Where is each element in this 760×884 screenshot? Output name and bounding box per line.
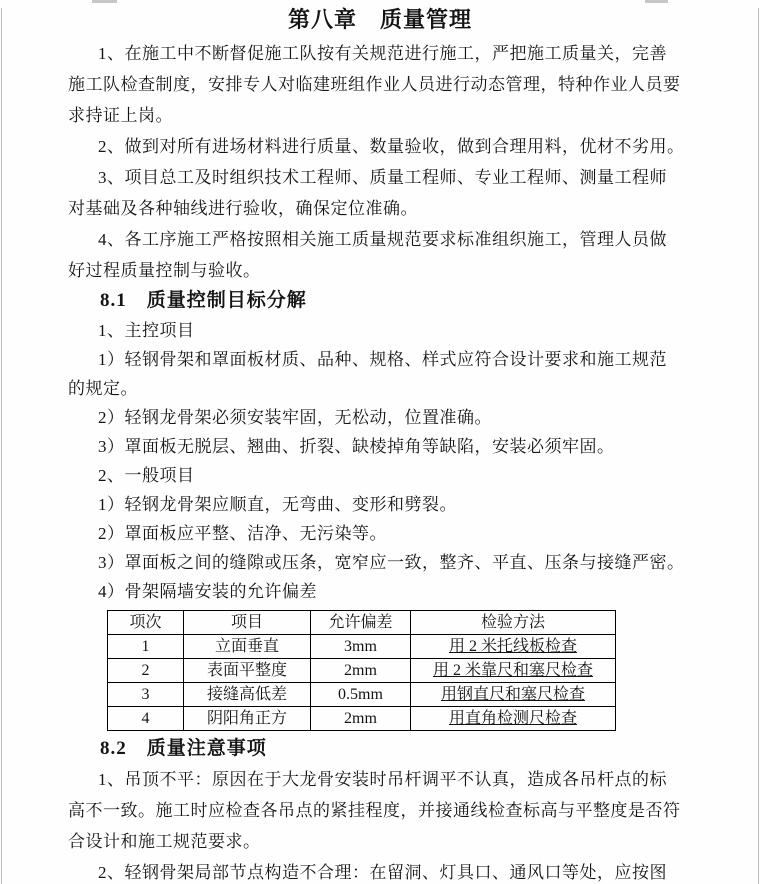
table-cell: 立面垂直 bbox=[184, 635, 311, 659]
paragraph-line: 合设计和施工规范要求。 bbox=[68, 826, 692, 857]
table-cell: 2mm bbox=[311, 707, 411, 731]
page-edge-right bbox=[758, 8, 759, 884]
paragraph-line: 3、项目总工及时组织技术工程师、质量工程师、专业工程师、测量工程师 bbox=[68, 162, 692, 193]
document-page: 第八章 质量管理 1、在施工中不断督促施工队按有关规范进行施工，严把施工质量关，… bbox=[0, 0, 760, 884]
section-heading-8-2: 8.2 质量注意事项 bbox=[68, 734, 692, 764]
table-row: 1 立面垂直 3mm 用 2 米托线板检查 bbox=[108, 635, 616, 659]
list-item-line: 2）罩面板应平整、洁净、无污染等。 bbox=[68, 519, 692, 548]
list-item-line: 2、一般项目 bbox=[68, 461, 692, 490]
table-header-cell: 项次 bbox=[108, 611, 184, 635]
table-row: 3 接缝高低差 0.5mm 用钢直尺和塞尺检查 bbox=[108, 683, 616, 707]
paragraph-line: 1、在施工中不断督促施工队按有关规范进行施工，严把施工质量关，完善 bbox=[68, 38, 692, 69]
paragraph-line: 1、吊顶不平：原因在于大龙骨安装时吊杆调平不认真，造成各吊杆点的标 bbox=[68, 764, 692, 795]
tolerance-table: 项次 项目 允许偏差 检验方法 1 立面垂直 3mm 用 2 米托线板检查 2 … bbox=[107, 610, 616, 731]
scan-artifact bbox=[92, 0, 117, 3]
section-8-2: 8.2 质量注意事项 1、吊顶不平：原因在于大龙骨安装时吊杆调平不认真，造成各吊… bbox=[68, 734, 692, 884]
table-cell: 3 bbox=[108, 683, 184, 707]
scan-artifact bbox=[645, 0, 668, 3]
page-edge-left bbox=[1, 8, 2, 884]
intro-paragraph-1: 1、在施工中不断督促施工队按有关规范进行施工，严把施工质量关，完善 施工队检查制… bbox=[68, 38, 692, 131]
paragraph-line: 施工队检查制度，安排专人对临建班组作业人员进行动态管理，特种作业人员要 bbox=[68, 69, 692, 100]
paragraph-line: 对基础及各种轴线进行验收，确保定位准确。 bbox=[68, 193, 692, 224]
intro-paragraph-3: 3、项目总工及时组织技术工程师、质量工程师、专业工程师、测量工程师 对基础及各种… bbox=[68, 162, 692, 224]
list-item-line: 2）轻钢龙骨架必须安装牢固，无松动，位置准确。 bbox=[68, 403, 692, 432]
table-cell: 阴阳角正方 bbox=[184, 707, 311, 731]
paragraph-line: 好过程质量控制与验收。 bbox=[68, 255, 692, 286]
section-8-1-body: 1、主控项目 1）轻钢骨架和罩面板材质、品种、规格、样式应符合设计要求和施工规范… bbox=[68, 316, 692, 606]
paragraph-line: 高不一致。施工时应检查各吊点的紧挂程度，并接通线检查标高与平整度是否符 bbox=[68, 795, 692, 826]
table-cell: 2 bbox=[108, 659, 184, 683]
paragraph-line: 求持证上岗。 bbox=[68, 100, 692, 131]
paragraph-line: 4、各工序施工严格按照相关施工质量规范要求标准组织施工，管理人员做 bbox=[68, 224, 692, 255]
table-cell: 1 bbox=[108, 635, 184, 659]
table-header-cell: 项目 bbox=[184, 611, 311, 635]
table-cell: 表面平整度 bbox=[184, 659, 311, 683]
paragraph-line: 2、做到对所有进场材料进行质量、数量验收，做到合理用料，优材不劣用。 bbox=[68, 131, 692, 162]
list-item-line: 4）骨架隔墙安装的允许偏差 bbox=[68, 577, 692, 606]
table-cell: 3mm bbox=[311, 635, 411, 659]
list-item-line: 1）轻钢龙骨架应顺直，无弯曲、变形和劈裂。 bbox=[68, 490, 692, 519]
list-item-line: 1）轻钢骨架和罩面板材质、品种、规格、样式应符合设计要求和施工规范 bbox=[68, 345, 692, 374]
chapter-title: 第八章 质量管理 bbox=[68, 4, 692, 36]
table-cell: 2mm bbox=[311, 659, 411, 683]
document-content: 第八章 质量管理 1、在施工中不断督促施工队按有关规范进行施工，严把施工质量关，… bbox=[68, 4, 692, 884]
table-header-cell: 检验方法 bbox=[411, 611, 616, 635]
table-cell: 4 bbox=[108, 707, 184, 731]
list-item-line: 3）罩面板之间的缝隙或压条，宽窄应一致，整齐、平直、压条与接缝严密。 bbox=[68, 548, 692, 577]
table-row: 2 表面平整度 2mm 用 2 米靠尺和塞尺检查 bbox=[108, 659, 616, 683]
list-item-line: 1、主控项目 bbox=[68, 316, 692, 345]
section-heading-8-1: 8.1 质量控制目标分解 bbox=[68, 286, 692, 316]
table-cell: 用直角检测尺检查 bbox=[411, 707, 616, 731]
table-cell: 接缝高低差 bbox=[184, 683, 311, 707]
table-cell: 用 2 米靠尺和塞尺检查 bbox=[411, 659, 616, 683]
table-row: 4 阴阳角正方 2mm 用直角检测尺检查 bbox=[108, 707, 616, 731]
table-cell: 用 2 米托线板检查 bbox=[411, 635, 616, 659]
list-item-line: 3）罩面板无脱层、翘曲、折裂、缺棱掉角等缺陷，安装必须牢固。 bbox=[68, 432, 692, 461]
table-cell: 0.5mm bbox=[311, 683, 411, 707]
paragraph-line: 2、轻钢骨架局部节点构造不合理：在留洞、灯具口、通风口等处，应按图 bbox=[68, 857, 692, 884]
intro-paragraph-4: 4、各工序施工严格按照相关施工质量规范要求标准组织施工，管理人员做 好过程质量控… bbox=[68, 224, 692, 286]
table-header-cell: 允许偏差 bbox=[311, 611, 411, 635]
table-cell: 用钢直尺和塞尺检查 bbox=[411, 683, 616, 707]
intro-paragraph-2: 2、做到对所有进场材料进行质量、数量验收，做到合理用料，优材不劣用。 bbox=[68, 131, 692, 162]
list-item-line: 的规定。 bbox=[68, 374, 692, 403]
table-header-row: 项次 项目 允许偏差 检验方法 bbox=[108, 611, 616, 635]
